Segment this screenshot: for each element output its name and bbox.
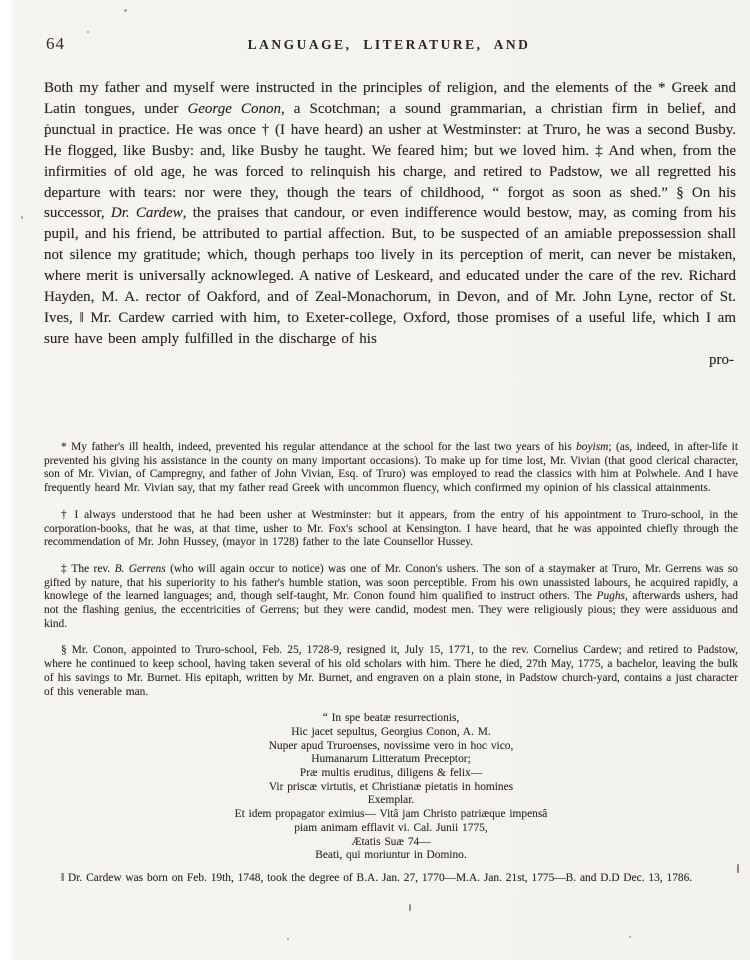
epitaph-verse: “ In spe beatæ resurrectionis, Hic jacet… xyxy=(44,712,738,863)
dust-speck xyxy=(700,470,702,472)
dust-speck xyxy=(629,936,631,938)
dust-speck xyxy=(737,864,739,873)
epitaph-line: Humanarum Litteratum Preceptor; xyxy=(44,753,738,767)
catchword: pro- xyxy=(44,350,736,371)
dust-speck xyxy=(46,124,49,126)
main-text-block: Both my father and myself were instructe… xyxy=(44,78,736,371)
footnote-double-dagger: ‡ The rev. B. Gerrens (who will again oc… xyxy=(44,563,738,632)
dust-speck xyxy=(21,216,23,219)
epitaph-line: Beati, qui moriuntur in Domino. xyxy=(44,849,738,863)
epitaph-line: “ In spe beatæ resurrectionis, xyxy=(44,712,738,726)
epitaph-line: Hic jacet sepultus, Georgius Conon, A. M… xyxy=(44,726,738,740)
dust-speck xyxy=(287,938,289,940)
epitaph-line: Præ multis eruditus, diligens & felix— xyxy=(44,767,738,781)
body-paragraph: Both my father and myself were instructe… xyxy=(44,78,736,350)
epitaph-line: Ætatis Suæ 74— xyxy=(44,836,738,850)
epitaph-line: Exemplar. xyxy=(44,794,738,808)
footnote-asterisk: * My father's ill health, indeed, preven… xyxy=(44,441,738,496)
footnote-dagger: † I always understood that he had been u… xyxy=(44,509,738,550)
dust-speck xyxy=(124,9,127,12)
book-page: 64 LANGUAGE, LITERATURE, AND Both my fat… xyxy=(0,0,750,960)
footnote-parallel: ‖ Dr. Cardew was born on Feb. 19th, 1748… xyxy=(44,872,738,886)
dust-speck xyxy=(76,296,78,298)
dust-speck xyxy=(409,904,411,911)
dust-speck xyxy=(87,31,89,33)
footnote-section: § Mr. Conon, appointed to Truro-school, … xyxy=(44,644,738,699)
running-header: LANGUAGE, LITERATURE, AND xyxy=(44,37,734,53)
epitaph-line: Et idem propagator eximius— Vitâ jam Chr… xyxy=(44,808,738,822)
epitaph-line: Nuper apud Truroenses, novissime vero in… xyxy=(44,740,738,754)
page-header: 64 LANGUAGE, LITERATURE, AND xyxy=(44,34,734,56)
footnotes-block: * My father's ill health, indeed, preven… xyxy=(44,441,738,886)
epitaph-line: Vir priscæ virtutis, et Christianæ pieta… xyxy=(44,781,738,795)
epitaph-line: piam animam efflavit vi. Cal. Junii 1775… xyxy=(44,822,738,836)
